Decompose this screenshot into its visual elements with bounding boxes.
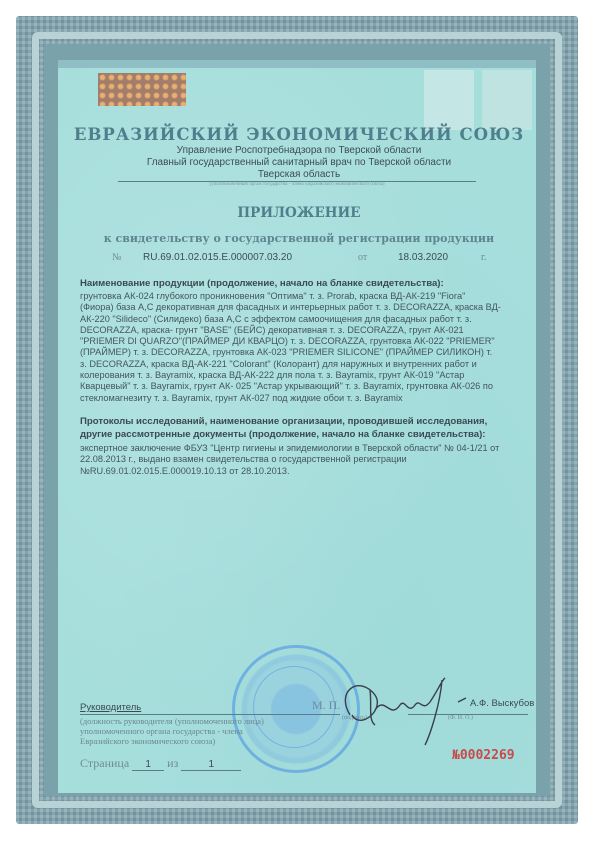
text-line: (Фиора) база А,С декоративная для фасадн… — [80, 302, 540, 313]
protocols-list: экспертное заключение ФБУЗ "Центр гигиен… — [80, 443, 540, 477]
page-title: ПРИЛОЖЕНИЕ — [60, 205, 538, 221]
certificate-date: 18.03.2020 — [398, 252, 448, 263]
products-list: грунтовка АК-024 глубокого проникновения… — [80, 291, 540, 404]
year-suffix: г. — [481, 252, 486, 263]
position-label: Руководитель — [80, 702, 141, 713]
page-subtitle: к свидетельству о государственной регист… — [60, 232, 538, 245]
text-line: АК-220 "Silideco" (Силидеко) база А,С с … — [80, 314, 540, 325]
top-strip — [58, 60, 536, 68]
number-label: № — [112, 252, 122, 263]
hologram-icon — [98, 73, 186, 106]
text-line: стекломагнезиту т. з. Bayramix, грунт АК… — [80, 393, 540, 404]
position-line — [80, 714, 340, 715]
text-line: з. DECORAZZA, краска ВД-АК-221 "Colorant… — [80, 359, 540, 370]
protocols-heading: другие рассмотренные документы (продолже… — [80, 428, 540, 441]
signature-icon — [330, 660, 480, 750]
security-box — [482, 70, 532, 130]
page-number: 1 — [132, 759, 164, 771]
text-line: №RU.69.01.02.015.E.000019.10.13 от 28.10… — [80, 466, 540, 477]
security-box — [424, 70, 474, 130]
authority-line: Главный государственный санитарный врач … — [60, 157, 538, 168]
pagination: Страница 1 из 1 — [80, 756, 241, 771]
page-total: 1 — [181, 759, 241, 771]
text-line: "PRIEMER DI QUARZO"(ПРАЙМЕР ДИ КВАРЦО) т… — [80, 336, 540, 347]
text-line: DECORAZZA, краска- грунт "BASE" (БЕЙС) д… — [80, 325, 540, 336]
text-line: экспертное заключение ФБУЗ "Центр гигиен… — [80, 443, 540, 454]
authority-caption: (уполномоченный орган государства - член… — [118, 182, 476, 187]
products-heading: Наименование продукции (продолжение, нач… — [80, 277, 540, 290]
text-line: 22.08.2013 г., выдано взамен свидетельст… — [80, 454, 540, 465]
certificate-number: RU.69.01.02.015.E.000007.03.20 — [143, 252, 292, 263]
text-line: грунтовка АК-024 глубокого проникновения… — [80, 291, 540, 302]
text-line: колерования т. з. Bayramix, краска ВД-АК… — [80, 370, 540, 381]
date-label: от — [358, 252, 367, 263]
protocols-heading: Протоколы исследований, наименование орг… — [80, 415, 540, 428]
position-note: (должность руководителя (уполномоченного… — [80, 716, 280, 746]
text-line: Кварцевый" т. з. Bayramix, грунт АК- 025… — [80, 381, 540, 392]
authority-line: Управление Роспотребнадзора по Тверской … — [60, 145, 538, 156]
union-title: ЕВРАЗИЙСКИЙ ЭКОНОМИЧЕСКИЙ СОЮЗ — [60, 125, 538, 144]
region: Тверская область — [60, 169, 538, 180]
serial-number: №0002269 — [452, 748, 515, 763]
text-line: (ПРАЙМЕР) т. з. DECORAZZA, грунтовка АК-… — [80, 347, 540, 358]
